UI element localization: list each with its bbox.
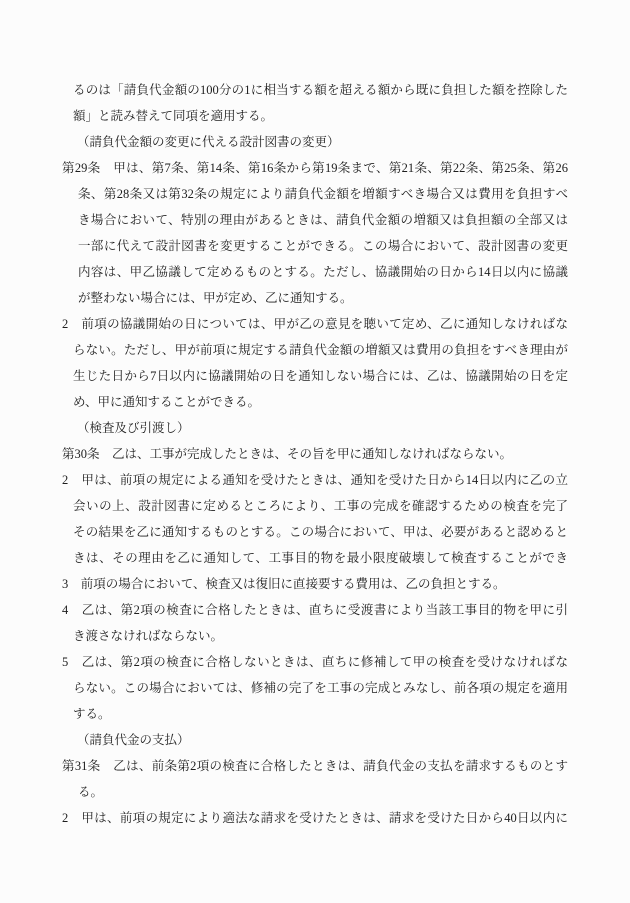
document-line: 第31条 乙は、前条第2項の検査に合格したときは、請負代金の支払を請求するものと…: [62, 753, 568, 779]
document-page: るのは「請負代金額の100分の1に相当する額を超える額から既に負担した額を控除し…: [0, 0, 630, 903]
document-line: らない。この場合においては、修補の完了を工事の完成とみなし、前各項の規定を適用: [62, 675, 568, 701]
document-line: 3 前項の場合において、検査又は復旧に直接要する費用は、乙の負担とする。: [62, 571, 568, 597]
document-line: 一部に代えて設計図書を変更することができる。この場合において、設計図書の変更: [62, 233, 568, 259]
document-line: する。: [62, 701, 568, 727]
document-line: 2 前項の協議開始の日については、甲が乙の意見を聴いて定め、乙に通知しなければな: [62, 311, 568, 337]
document-line: が整わない場合には、甲が定め、乙に通知する。: [62, 285, 568, 311]
document-line: 5 乙は、第2項の検査に合格しないときは、直ちに修補して甲の検査を受けなければな: [62, 649, 568, 675]
document-line: 4 乙は、第2項の検査に合格したときは、直ちに受渡書により当該工事目的物を甲に引: [62, 597, 568, 623]
document-line: 会いの上、設計図書に定めるところにより、工事の完成を確認するための検査を完了し、: [62, 493, 568, 519]
document-line: 額」と読み替えて同項を適用する。: [62, 103, 568, 129]
document-line: らない。ただし、甲が前項に規定する請負代金額の増額又は費用の負担をすべき理由が: [62, 337, 568, 363]
document-line: （請負代金額の変更に代える設計図書の変更）: [62, 129, 568, 155]
document-line: め、甲に通知することができる。: [62, 389, 568, 415]
document-line: 生じた日から7日以内に協議開始の日を通知しない場合には、乙は、協議開始の日を定: [62, 363, 568, 389]
document-body: るのは「請負代金額の100分の1に相当する額を超える額から既に負担した額を控除し…: [62, 77, 568, 831]
document-line: き渡さなければならない。: [62, 623, 568, 649]
document-line: 第29条 甲は、第7条、第14条、第16条から第19条まで、第21条、第22条、…: [62, 155, 568, 181]
document-line: （検査及び引渡し）: [62, 415, 568, 441]
document-line: る。: [62, 779, 568, 805]
document-line: き場合において、特別の理由があるときは、請負代金額の増額又は負担額の全部又は: [62, 207, 568, 233]
document-line: 2 甲は、前項の規定による通知を受けたときは、通知を受けた日から14日以内に乙の…: [62, 467, 568, 493]
document-line: 第30条 乙は、工事が完成したときは、その旨を甲に通知しなければならない。: [62, 441, 568, 467]
document-line: （請負代金の支払）: [62, 727, 568, 753]
document-line: 条、第28条又は第32条の規定により請負代金額を増額すべき場合又は費用を負担すべ: [62, 181, 568, 207]
document-line: 内容は、甲乙協議して定めるものとする。ただし、協議開始の日から14日以内に協議: [62, 259, 568, 285]
document-line: その結果を乙に通知するものとする。この場合において、甲は、必要があると認めると: [62, 519, 568, 545]
document-line: 2 甲は、前項の規定により適法な請求を受けたときは、請求を受けた日から40日以内…: [62, 805, 568, 831]
document-line: きは、その理由を乙に通知して、工事目的物を最小限度破壊して検査することができる。: [62, 545, 568, 571]
document-line: るのは「請負代金額の100分の1に相当する額を超える額から既に負担した額を控除し…: [62, 77, 568, 103]
